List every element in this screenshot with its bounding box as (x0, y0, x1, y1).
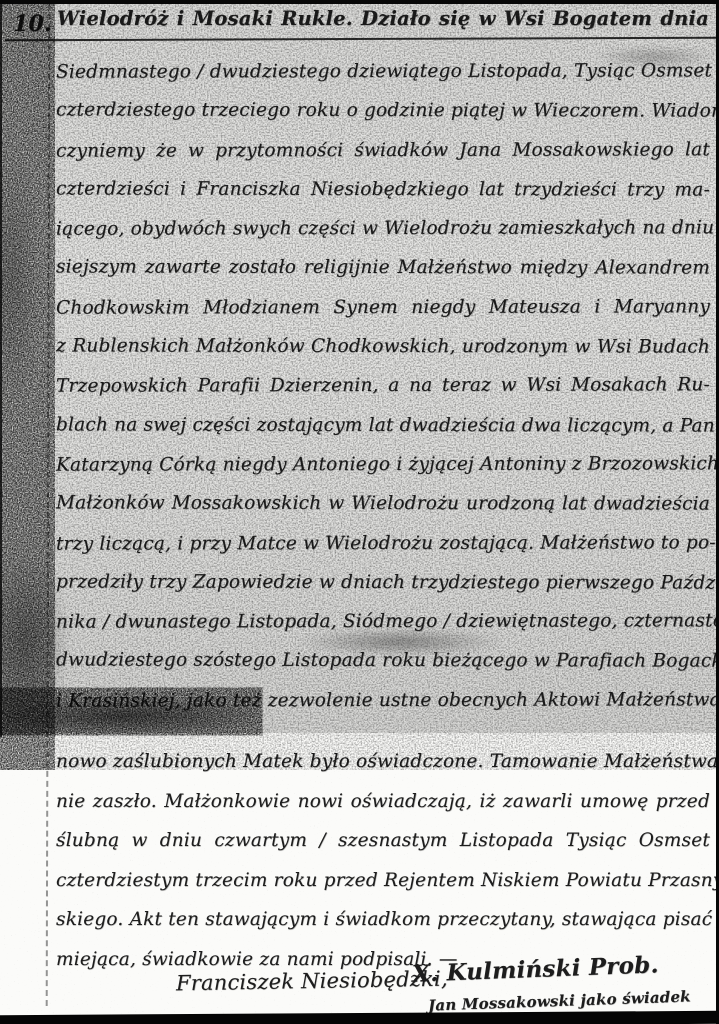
manuscript-line: czterdziestego trzeciego roku o godzinie… (56, 91, 710, 131)
manuscript-line: i Krasińskiej, jako też zezwolenie ustne… (56, 680, 710, 721)
manuscript-line: siejszym zawarte zostało religijnie Małż… (56, 248, 710, 288)
manuscript-line: nika / dwunastego Listopada, Siódmego / … (56, 601, 710, 642)
signature-franciszek-niesiobedzki: Franciszek Niesiobędzki, (176, 967, 448, 996)
record-heading: Wielodróż i Mosaki Rukle. Działo się w W… (57, 7, 709, 30)
manuscript-line: Chodkowskim Młodzianem Synem niegdy Mate… (56, 287, 710, 328)
record-number: 10. (13, 11, 52, 37)
manuscript-line: ślubną w dniu czwartym / szesnastym List… (56, 821, 710, 861)
manuscript-line: z Rublenskich Małżonków Chodkowskich, ur… (56, 327, 710, 367)
scan-border-top (0, 0, 719, 4)
manuscript-line: czyniemy że w przytomności świadków Jana… (56, 130, 710, 171)
manuscript-line: blach na swej części zostającym lat dwad… (56, 405, 710, 445)
manuscript-line: dwudziestego szóstego Listopada roku bie… (56, 641, 710, 681)
manuscript-line: czterdzieści i Franciszka Niesiobędzkieg… (56, 169, 710, 209)
manuscript-line: czterdziestym trzecim roku przed Rejente… (56, 861, 710, 901)
manuscript-line: Katarzyną Córką niegdy Antoniego i żyjąc… (56, 444, 710, 485)
record-body-upper: Siedmnastego / dwudziestego dziewiątego … (56, 52, 710, 720)
manuscript-line: skiego. Akt ten stawającym i świadkom pr… (56, 900, 710, 940)
scanned-marriage-record: 10. Wielodróż i Mosaki Rukle. Działo się… (0, 0, 719, 1024)
manuscript-line: trzy liczącą, i przy Matce w Wielodrożu … (56, 523, 710, 564)
manuscript-line: Małżonków Mossakowskich w Wielodrożu uro… (56, 484, 710, 524)
manuscript-line: iącego, obydwóch swych części w Wielodro… (56, 209, 710, 250)
scan-border-left (0, 0, 2, 737)
manuscript-line: Siedmnastego / dwudziestego dziewiątego … (56, 51, 710, 92)
record-body-lower: nowo zaślubionych Matek było oświadczone… (56, 742, 710, 979)
manuscript-line: Trzepowskich Parafii Dzierzenin, a na te… (56, 366, 710, 407)
manuscript-line: nowo zaślubionych Matek było oświadczone… (56, 742, 710, 782)
manuscript-line: nie zaszło. Małżonkowie nowi oświadczają… (56, 782, 710, 822)
manuscript-line: przedziły trzy Zapowiedzie w dniach trzy… (56, 562, 710, 602)
